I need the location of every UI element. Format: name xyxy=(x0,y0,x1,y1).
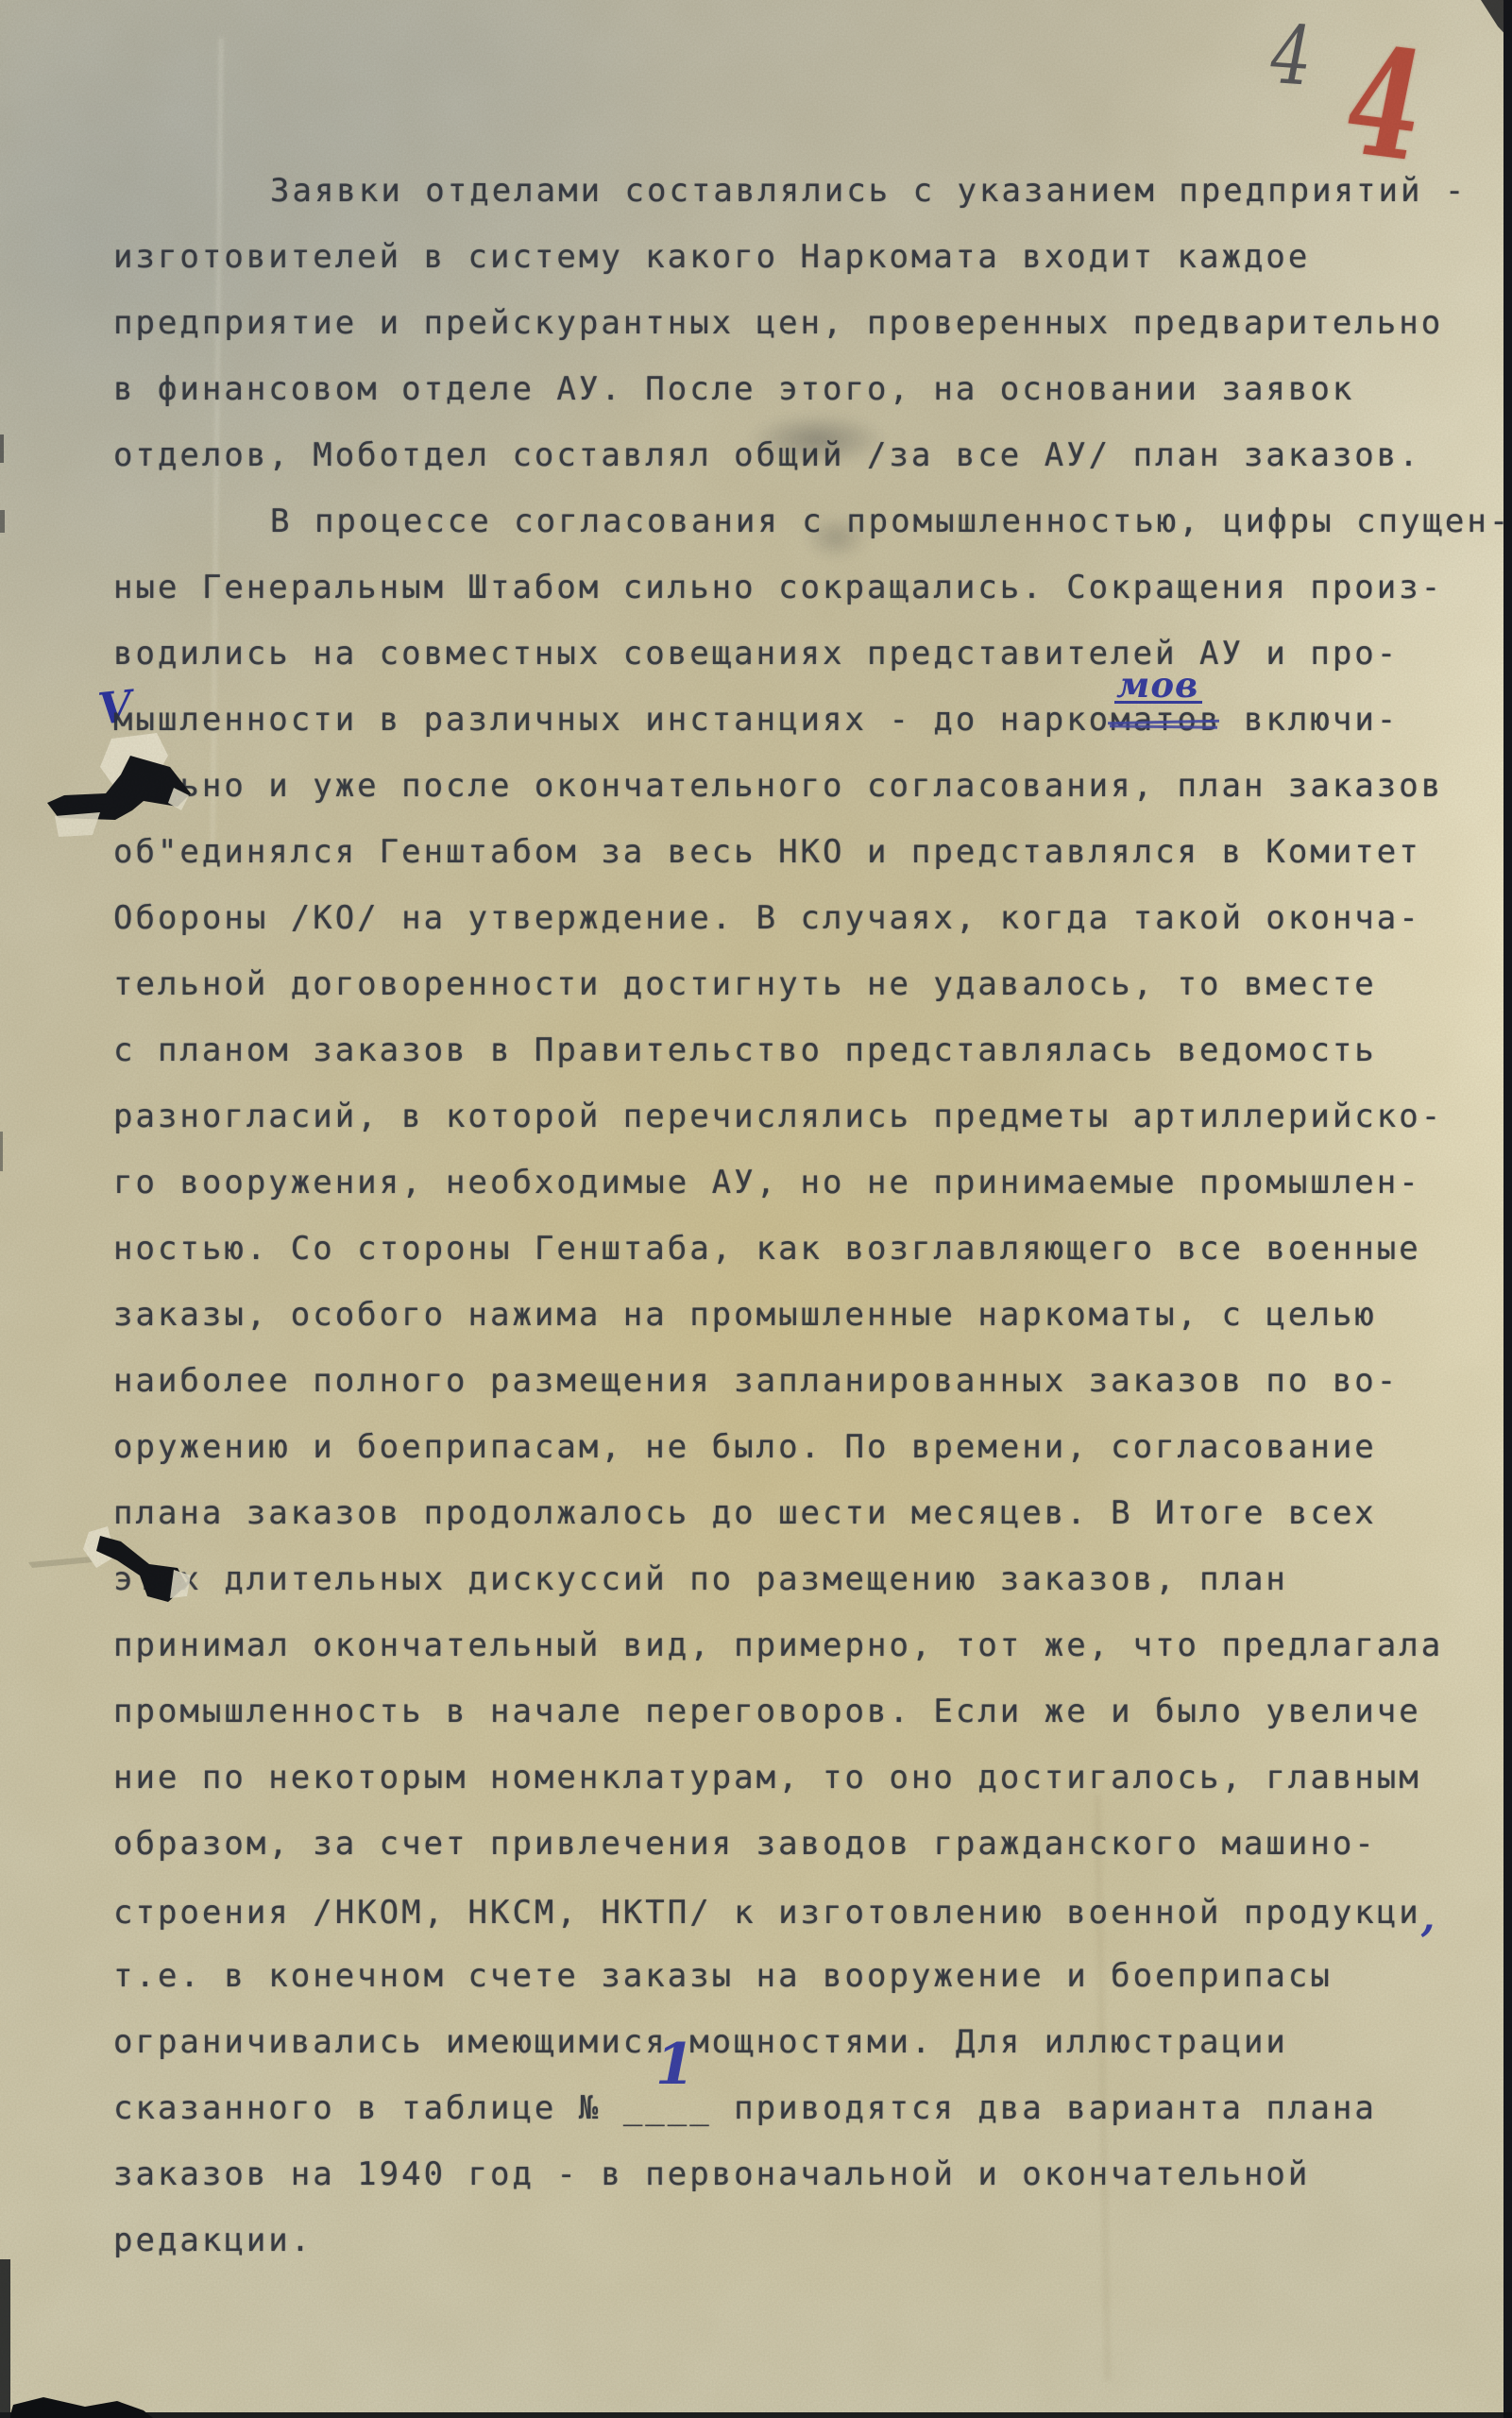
typed-segment: редакции. xyxy=(113,2222,313,2259)
typed-line: В процессе согласования с промышленность… xyxy=(113,488,1502,554)
page-number-pencil: 4 xyxy=(1269,8,1314,105)
typed-segment: ограничивались имеющимися мощностями. Дл… xyxy=(113,2023,1288,2061)
typed-line: Обороны /КО/ на утверждение. В случаях, … xyxy=(113,885,1502,951)
typed-line: строения /НКОМ, НКСМ, НКТП/ к изготовлен… xyxy=(113,1877,1502,1943)
typed-segment-blank: ____1 xyxy=(623,2075,712,2141)
typed-line: образом, за счет привлечения заводов гра… xyxy=(113,1811,1502,1877)
scan-edge-mark xyxy=(0,434,4,463)
typed-line: ные Генеральным Штабом сильно сокращалис… xyxy=(113,554,1502,621)
typed-segment: об"единялся Генштабом за весь НКО и пред… xyxy=(113,833,1421,871)
typed-segment: оружению и боеприпасам, не было. По врем… xyxy=(113,1428,1377,1466)
typed-segment: плана заказов продолжалось до шести меся… xyxy=(113,1494,1377,1532)
typed-segment: сказанного в таблице № xyxy=(113,2089,623,2127)
typed-segment: ние по некоторым номенклатурам, то оно д… xyxy=(113,1759,1421,1796)
scan-corner-top-right xyxy=(1481,0,1512,42)
typed-line: промышленность в начале переговоров. Есл… xyxy=(113,1678,1502,1745)
typed-line: мышленности в различных инстанциях - до … xyxy=(113,687,1502,753)
typed-segment: в финансовом отделе АУ. После этого, на … xyxy=(113,370,1354,408)
typed-line: го вооружения, необходимые АУ, но не при… xyxy=(113,1149,1502,1216)
typed-segment: ные Генеральным Штабом сильно сокращалис… xyxy=(113,569,1443,606)
typed-segment: отделов, Моботдел составлял общий /за вс… xyxy=(113,436,1421,474)
typed-segment: с планом заказов в Правительство предста… xyxy=(113,1031,1377,1069)
typed-line: ограничивались имеющимися мощностями. Дл… xyxy=(113,2009,1502,2075)
typed-line: с планом заказов в Правительство предста… xyxy=(113,1017,1502,1083)
scan-edge-mark xyxy=(0,510,5,533)
scan-edge-mark xyxy=(0,1132,3,1171)
typed-line: оружению и боеприпасам, не было. По врем… xyxy=(113,1414,1502,1480)
typed-segment: тельной договоренности достигнуть не уда… xyxy=(113,965,1377,1003)
typed-segment: приводятся два варианта плана xyxy=(712,2089,1377,2127)
typed-segment: предприятие и прейскурантных цен, провер… xyxy=(113,304,1443,342)
typed-segment: В процессе согласования с промышленность… xyxy=(270,502,1511,540)
typed-segment-hw-comma: , xyxy=(1421,1894,1438,1940)
typed-line: редакции. xyxy=(113,2207,1502,2273)
typed-line: водились на совместных совещаниях предст… xyxy=(113,621,1502,687)
typed-line: в финансовом отделе АУ. После этого, на … xyxy=(113,356,1502,422)
scan-edge-left-lower xyxy=(0,2259,10,2418)
typed-line: изготовителей в систему какого Наркомата… xyxy=(113,224,1502,290)
typed-segment: заказов на 1940 год - в первоначальной и… xyxy=(113,2155,1310,2193)
typed-segment: тельно и уже после окончательного соглас… xyxy=(113,767,1443,805)
typed-line: т.е. в конечном счете заказы на вооружен… xyxy=(113,1943,1502,2009)
scan-edge-bottom xyxy=(0,2412,1512,2418)
typed-line: тельно и уже после окончательного соглас… xyxy=(113,753,1502,819)
typed-line: разногласий, в которой перечислялись пре… xyxy=(113,1083,1502,1149)
typed-segment: заказы, особого нажима на промышленные н… xyxy=(113,1296,1377,1334)
typed-lines: Заявки отделами составлялись с указанием… xyxy=(113,158,1502,2273)
typed-line: ние по некоторым номенклатурам, то оно д… xyxy=(113,1745,1502,1811)
handwritten-correction: мов xyxy=(1114,671,1202,704)
typed-segment: Заявки отделами составлялись с указанием… xyxy=(270,172,1467,210)
typed-segment-struck: матовмов xyxy=(1111,701,1221,739)
typed-line: ностью. Со стороны Генштаба, как возглав… xyxy=(113,1216,1502,1282)
typed-segment: т.е. в конечном счете заказы на вооружен… xyxy=(113,1957,1333,1995)
typed-segment: строения /НКОМ, НКСМ, НКТП/ к изготовлен… xyxy=(113,1894,1421,1932)
typed-line: заказы, особого нажима на промышленные н… xyxy=(113,1282,1502,1348)
typed-line: тельной договоренности достигнуть не уда… xyxy=(113,951,1502,1017)
typed-line: этих длительных дискуссий по размещению … xyxy=(113,1546,1502,1612)
typed-line: плана заказов продолжалось до шести меся… xyxy=(113,1480,1502,1546)
typed-line: сказанного в таблице № ____1 приводятся … xyxy=(113,2075,1502,2141)
typed-segment: разногласий, в которой перечислялись пре… xyxy=(113,1098,1443,1135)
typed-line: предприятие и прейскурантных цен, провер… xyxy=(113,290,1502,356)
typed-segment: принимал окончательный вид, примерно, то… xyxy=(113,1626,1443,1664)
typed-segment: го вооружения, необходимые АУ, но не при… xyxy=(113,1164,1421,1201)
typed-line: об"единялся Генштабом за весь НКО и пред… xyxy=(113,819,1502,885)
typed-segment: включи- xyxy=(1222,701,1400,739)
typed-segment: Обороны /КО/ на утверждение. В случаях, … xyxy=(113,899,1421,937)
typed-segment: этих длительных дискуссий по размещению … xyxy=(113,1560,1288,1598)
typed-line: Заявки отделами составлялись с указанием… xyxy=(113,158,1502,224)
typed-segment: изготовителей в систему какого Наркомата… xyxy=(113,238,1310,276)
typed-line: отделов, Моботдел составлял общий /за вс… xyxy=(113,422,1502,488)
scan-edge-right xyxy=(1504,0,1512,2418)
handwritten-table-number: 1 xyxy=(655,2032,695,2098)
typed-line: наиболее полного размещения запланирован… xyxy=(113,1348,1502,1414)
typed-segment: промышленность в начале переговоров. Есл… xyxy=(113,1693,1421,1730)
typed-segment: водились на совместных совещаниях предст… xyxy=(113,635,1399,673)
torn-edge-bottom-left xyxy=(9,2397,153,2418)
document-scan: 4 4 V Заявки отделами составлялись с ука… xyxy=(0,0,1512,2418)
typed-segment: мышленности в различных инстанциях - до … xyxy=(113,701,1111,739)
typed-segment: ностью. Со стороны Генштаба, как возглав… xyxy=(113,1230,1421,1268)
typed-segment: наиболее полного размещения запланирован… xyxy=(113,1362,1399,1400)
typed-line: заказов на 1940 год - в первоначальной и… xyxy=(113,2141,1502,2207)
typed-segment: образом, за счет привлечения заводов гра… xyxy=(113,1825,1377,1863)
typed-line: принимал окончательный вид, примерно, то… xyxy=(113,1612,1502,1678)
